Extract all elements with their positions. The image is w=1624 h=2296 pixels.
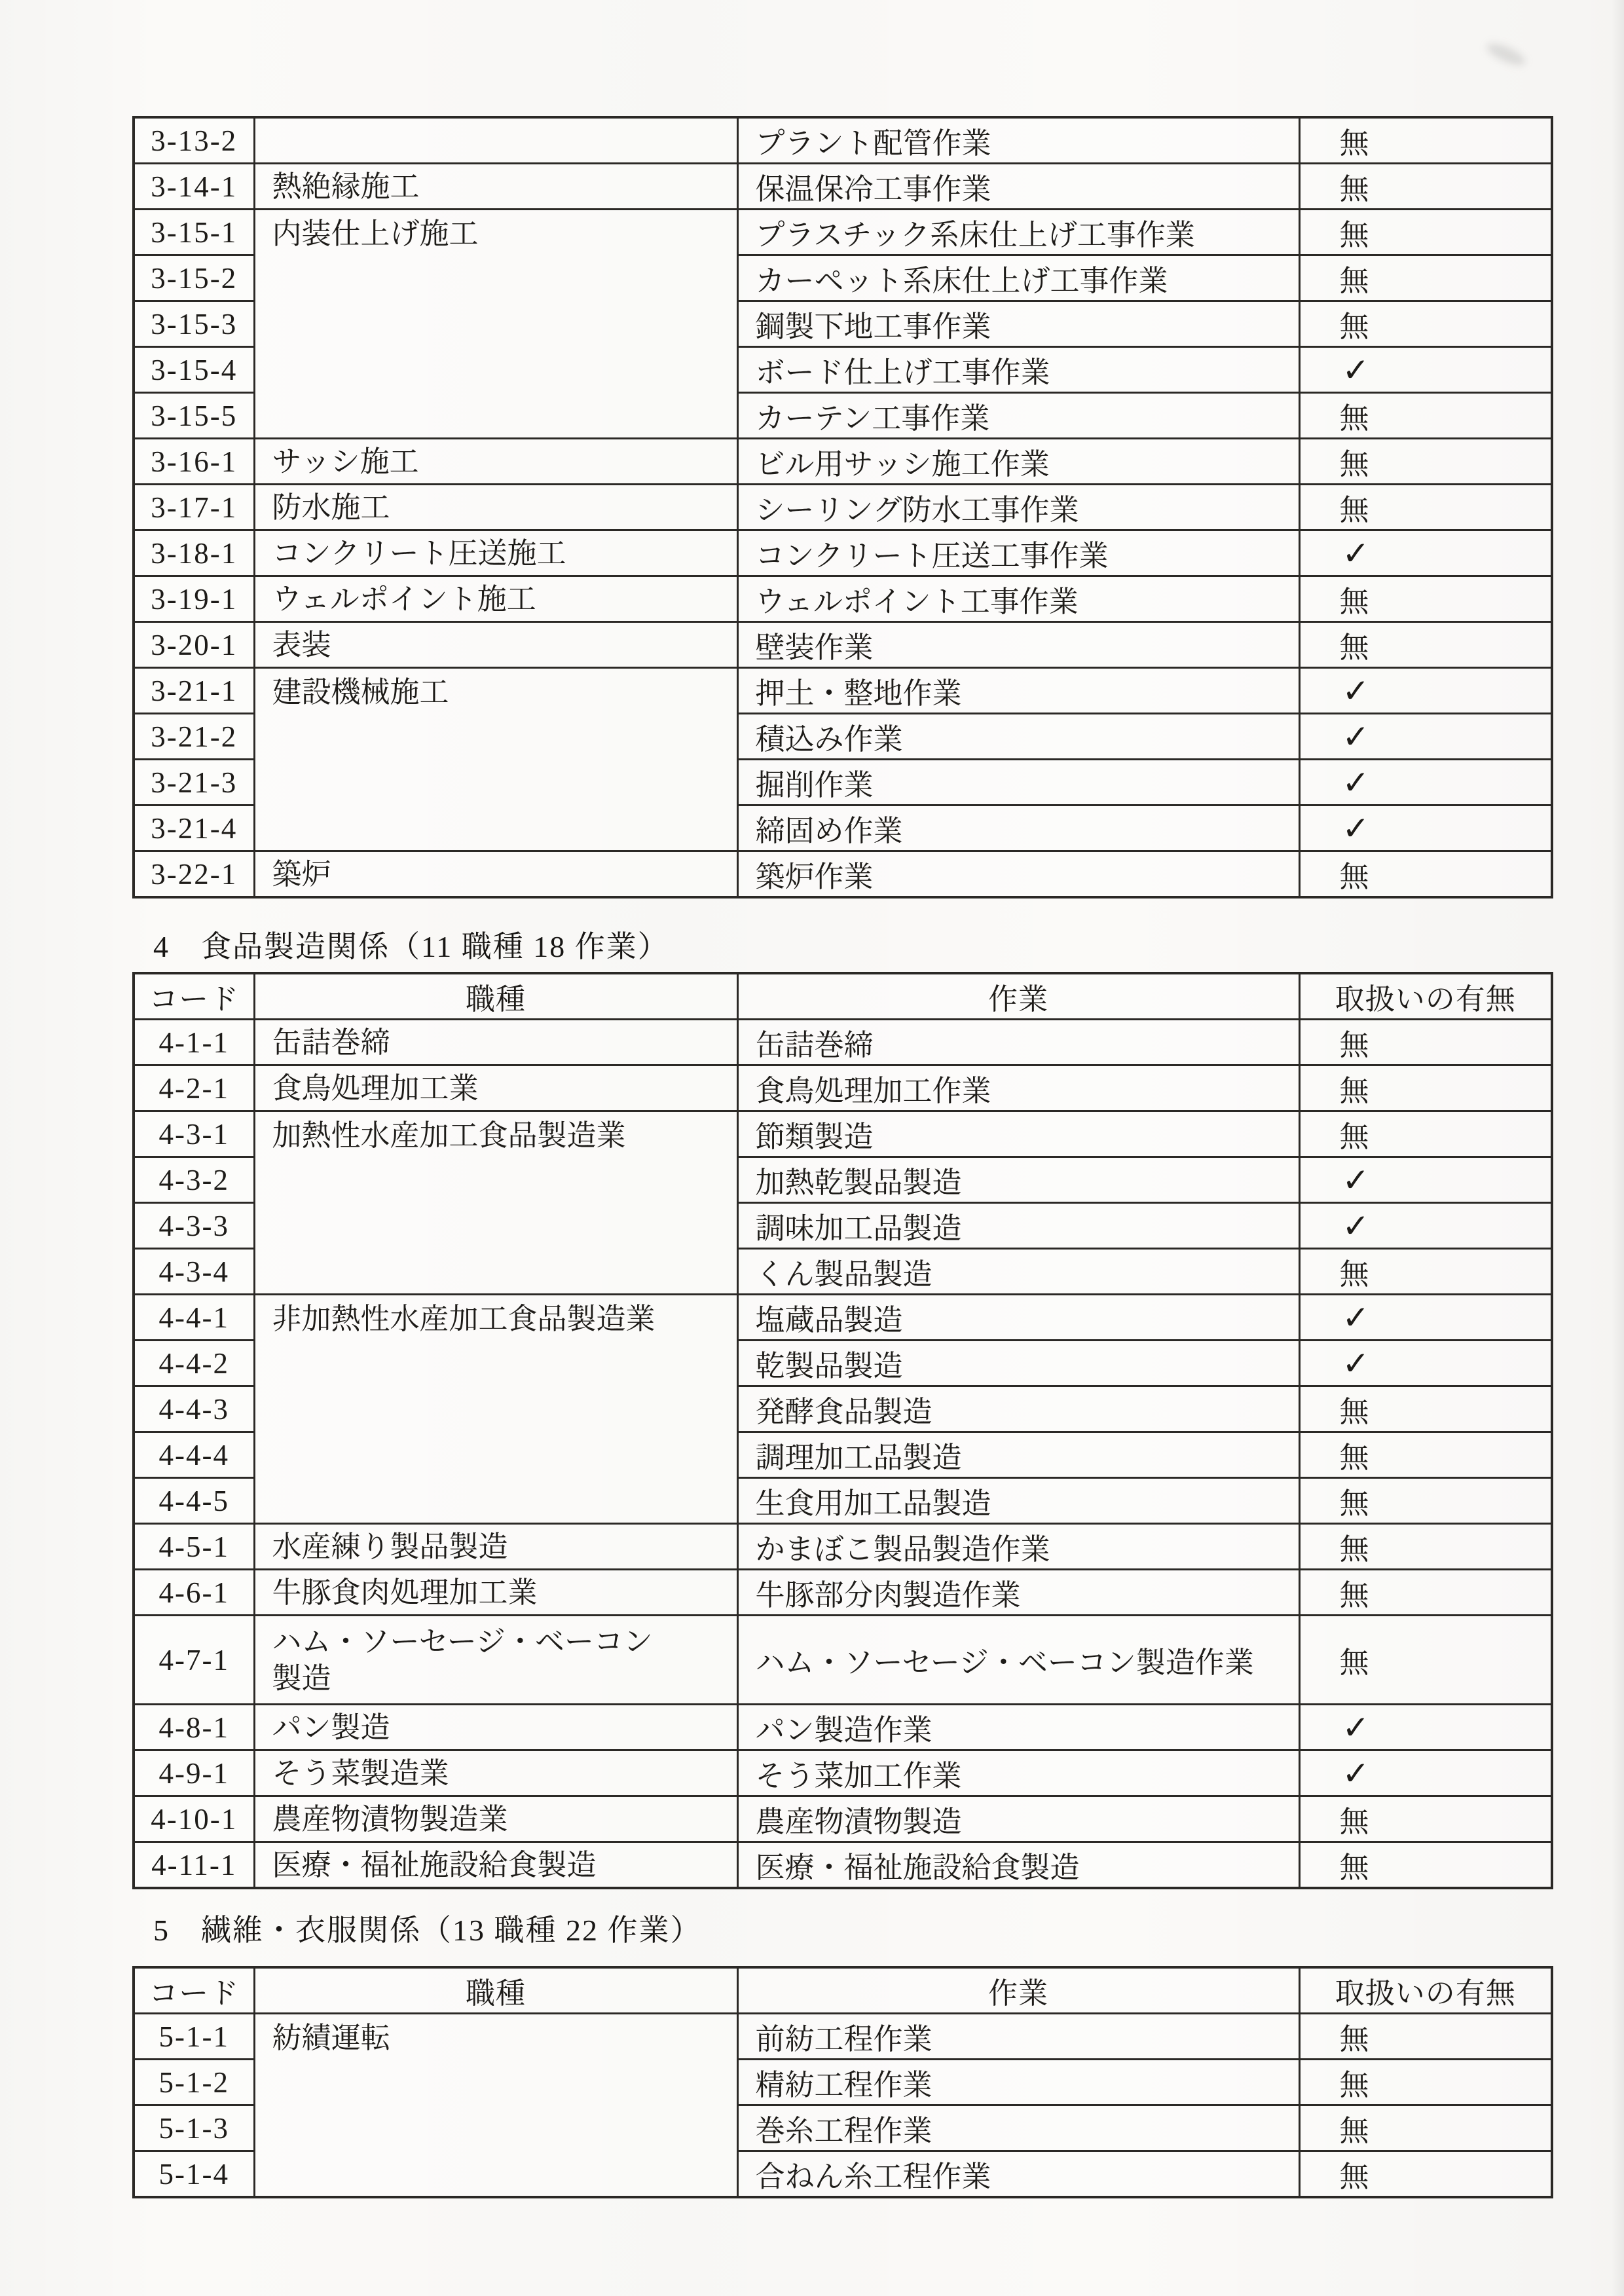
code-cell: 4-1-1 (134, 1020, 254, 1065)
availability-cell: 無 (1299, 1249, 1552, 1295)
occupation-cell: ハム・ソーセージ・ベーコン製造 (254, 1616, 737, 1705)
occupation-cell: 農産物漬物製造業 (254, 1796, 737, 1842)
work-cell: 加熱乾製品製造 (737, 1157, 1299, 1203)
code-cell: 4-11-1 (134, 1842, 254, 1889)
table-body: 5-1-1紡績運転前紡工程作業無5-1-2精紡工程作業無5-1-3巻糸工程作業無… (134, 2014, 1552, 2198)
code-cell: 5-1-2 (134, 2060, 254, 2105)
code-cell: 4-6-1 (134, 1570, 254, 1616)
work-cell: ビル用サッシ施工作業 (737, 439, 1299, 485)
occupation-cell: そう菜製造業 (254, 1750, 737, 1796)
occupation-cell (254, 117, 737, 164)
code-cell: 4-4-1 (134, 1295, 254, 1341)
occupation-cell: 非加熱性水産加工食品製造業 (254, 1295, 737, 1524)
availability-cell: 無 (1299, 117, 1552, 164)
work-cell: 医療・福祉施設給食製造 (737, 1842, 1299, 1889)
availability-cell: 無 (1299, 1842, 1552, 1889)
scanned-document-page: 3-13-2プラント配管作業無3-14-1熱絶縁施工保温保冷工事作業無3-15-… (0, 0, 1624, 2296)
occupation-cell: サッシ施工 (254, 439, 737, 485)
availability-cell: ✓ (1299, 1750, 1552, 1796)
work-cell: ボード仕上げ工事作業 (737, 347, 1299, 393)
availability-cell: 無 (1299, 576, 1552, 622)
code-cell: 3-21-4 (134, 805, 254, 851)
code-cell: 4-4-3 (134, 1386, 254, 1432)
work-cell: 乾製品製造 (737, 1341, 1299, 1386)
table-row: 4-4-1非加熱性水産加工食品製造業塩蔵品製造✓ (134, 1295, 1552, 1341)
table-row: 3-16-1サッシ施工ビル用サッシ施工作業無 (134, 439, 1552, 485)
column-header-work: 作業 (737, 973, 1299, 1020)
code-cell: 4-2-1 (134, 1065, 254, 1111)
work-cell: 鋼製下地工事作業 (737, 301, 1299, 347)
work-cell: 保温保冷工事作業 (737, 164, 1299, 210)
code-cell: 3-20-1 (134, 622, 254, 668)
work-cell: ハム・ソーセージ・ベーコン製造作業 (737, 1616, 1299, 1705)
column-header-code: コード (134, 1967, 254, 2014)
work-cell: プラント配管作業 (737, 117, 1299, 164)
column-header-code: コード (134, 973, 254, 1020)
availability-cell: ✓ (1299, 668, 1552, 714)
work-cell: 発酵食品製造 (737, 1386, 1299, 1432)
table-row: 4-5-1水産練り製品製造かまぼこ製品製造作業無 (134, 1524, 1552, 1570)
occupation-cell: 加熱性水産加工食品製造業 (254, 1111, 737, 1295)
section-textile-apparel: コード 職種 作業 取扱いの有無 5-1-1紡績運転前紡工程作業無5-1-2精紡… (132, 1966, 1553, 2198)
work-cell: 調味加工品製造 (737, 1203, 1299, 1249)
table-header: コード 職種 作業 取扱いの有無 (134, 973, 1552, 1020)
table-row: 4-10-1農産物漬物製造業農産物漬物製造無 (134, 1796, 1552, 1842)
availability-cell: 無 (1299, 439, 1552, 485)
code-cell: 4-4-4 (134, 1432, 254, 1478)
availability-cell: 無 (1299, 1478, 1552, 1524)
table-row: 4-1-1缶詰巻締缶詰巻締無 (134, 1020, 1552, 1065)
availability-cell: 無 (1299, 301, 1552, 347)
occupation-cell: 熱絶縁施工 (254, 164, 737, 210)
occupation-cell: パン製造 (254, 1705, 737, 1750)
work-cell: カーテン工事作業 (737, 393, 1299, 439)
code-cell: 3-15-3 (134, 301, 254, 347)
work-cell: 食鳥処理加工作業 (737, 1065, 1299, 1111)
code-cell: 3-21-2 (134, 714, 254, 760)
work-cell: 壁装作業 (737, 622, 1299, 668)
section-5-heading: 5 繊維・衣服関係（13 職種 22 作業） (153, 1911, 702, 1950)
availability-cell: ✓ (1299, 530, 1552, 576)
availability-cell: 無 (1299, 1524, 1552, 1570)
code-cell: 4-3-3 (134, 1203, 254, 1249)
code-cell: 3-13-2 (134, 117, 254, 164)
occupation-cell: 築炉 (254, 851, 737, 898)
work-cell: 農産物漬物製造 (737, 1796, 1299, 1842)
code-cell: 3-18-1 (134, 530, 254, 576)
table-row: 3-13-2プラント配管作業無 (134, 117, 1552, 164)
work-cell: 牛豚部分肉製造作業 (737, 1570, 1299, 1616)
table-row: 4-9-1そう菜製造業そう菜加工作業✓ (134, 1750, 1552, 1796)
availability-cell: 無 (1299, 1796, 1552, 1842)
table-row: 4-8-1パン製造パン製造作業✓ (134, 1705, 1552, 1750)
work-cell: くん製品製造 (737, 1249, 1299, 1295)
code-cell: 4-7-1 (134, 1616, 254, 1705)
availability-cell: ✓ (1299, 1705, 1552, 1750)
table-body: 4-1-1缶詰巻締缶詰巻締無4-2-1食鳥処理加工業食鳥処理加工作業無4-3-1… (134, 1020, 1552, 1889)
code-cell: 3-15-2 (134, 255, 254, 301)
availability-cell: 無 (1299, 2105, 1552, 2151)
jobs-table-textile-apparel: コード 職種 作業 取扱いの有無 5-1-1紡績運転前紡工程作業無5-1-2精紡… (132, 1966, 1553, 2198)
availability-cell: 無 (1299, 1065, 1552, 1111)
table-row: 3-22-1築炉築炉作業無 (134, 851, 1552, 898)
code-cell: 4-10-1 (134, 1796, 254, 1842)
work-cell: 締固め作業 (737, 805, 1299, 851)
availability-cell: 無 (1299, 1020, 1552, 1065)
work-cell: 巻糸工程作業 (737, 2105, 1299, 2151)
code-cell: 3-21-3 (134, 760, 254, 805)
table-row: 4-3-1加熱性水産加工食品製造業節類製造無 (134, 1111, 1552, 1157)
table-row: 4-2-1食鳥処理加工業食鳥処理加工作業無 (134, 1065, 1552, 1111)
code-cell: 4-8-1 (134, 1705, 254, 1750)
availability-cell: 無 (1299, 1386, 1552, 1432)
availability-cell: ✓ (1299, 347, 1552, 393)
code-cell: 3-15-5 (134, 393, 254, 439)
availability-cell: 無 (1299, 622, 1552, 668)
code-cell: 5-1-1 (134, 2014, 254, 2060)
work-cell: カーペット系床仕上げ工事作業 (737, 255, 1299, 301)
section-food-manufacturing: コード 職種 作業 取扱いの有無 4-1-1缶詰巻締缶詰巻締無4-2-1食鳥処理… (132, 972, 1553, 1889)
availability-cell: 無 (1299, 1111, 1552, 1157)
column-header-availability: 取扱いの有無 (1299, 973, 1552, 1020)
code-cell: 4-3-2 (134, 1157, 254, 1203)
work-cell: パン製造作業 (737, 1705, 1299, 1750)
code-cell: 3-19-1 (134, 576, 254, 622)
availability-cell: 無 (1299, 1616, 1552, 1705)
occupation-cell: 缶詰巻締 (254, 1020, 737, 1065)
table-row: 3-14-1熱絶縁施工保温保冷工事作業無 (134, 164, 1552, 210)
availability-cell: 無 (1299, 393, 1552, 439)
work-cell: コンクリート圧送工事作業 (737, 530, 1299, 576)
availability-cell: 無 (1299, 851, 1552, 898)
table-body: 3-13-2プラント配管作業無3-14-1熱絶縁施工保温保冷工事作業無3-15-… (134, 117, 1552, 897)
occupation-cell: 食鳥処理加工業 (254, 1065, 737, 1111)
work-cell: 押土・整地作業 (737, 668, 1299, 714)
code-cell: 5-1-4 (134, 2151, 254, 2198)
availability-cell: ✓ (1299, 805, 1552, 851)
code-cell: 3-15-4 (134, 347, 254, 393)
availability-cell: 無 (1299, 1432, 1552, 1478)
occupation-cell: コンクリート圧送施工 (254, 530, 737, 576)
code-cell: 4-4-2 (134, 1341, 254, 1386)
occupation-cell: 医療・福祉施設給食製造 (254, 1842, 737, 1889)
occupation-cell: 水産練り製品製造 (254, 1524, 737, 1570)
availability-cell: ✓ (1299, 1341, 1552, 1386)
table-row: 5-1-1紡績運転前紡工程作業無 (134, 2014, 1552, 2060)
occupation-cell: 防水施工 (254, 485, 737, 530)
table-row: 3-19-1ウェルポイント施工ウェルポイント工事作業無 (134, 576, 1552, 622)
work-cell: シーリング防水工事作業 (737, 485, 1299, 530)
header-row: コード 職種 作業 取扱いの有無 (134, 1967, 1552, 2014)
work-cell: 合ねん糸工程作業 (737, 2151, 1299, 2198)
occupation-cell: 表装 (254, 622, 737, 668)
availability-cell: 無 (1299, 2151, 1552, 2198)
availability-cell: 無 (1299, 210, 1552, 255)
column-header-occupation: 職種 (254, 1967, 737, 2014)
work-cell: 前紡工程作業 (737, 2014, 1299, 2060)
work-cell: 掘削作業 (737, 760, 1299, 805)
availability-cell: 無 (1299, 2060, 1552, 2105)
code-cell: 3-15-1 (134, 210, 254, 255)
section-construction-continued: 3-13-2プラント配管作業無3-14-1熱絶縁施工保温保冷工事作業無3-15-… (132, 116, 1553, 898)
occupation-cell: ウェルポイント施工 (254, 576, 737, 622)
availability-cell: 無 (1299, 1570, 1552, 1616)
code-cell: 4-3-4 (134, 1249, 254, 1295)
code-cell: 5-1-3 (134, 2105, 254, 2151)
availability-cell: ✓ (1299, 1203, 1552, 1249)
work-cell: ウェルポイント工事作業 (737, 576, 1299, 622)
code-cell: 4-9-1 (134, 1750, 254, 1796)
availability-cell: 無 (1299, 255, 1552, 301)
jobs-table-food-manufacturing: コード 職種 作業 取扱いの有無 4-1-1缶詰巻締缶詰巻締無4-2-1食鳥処理… (132, 972, 1553, 1889)
occupation-cell: 紡績運転 (254, 2014, 737, 2198)
work-cell: プラスチック系床仕上げ工事作業 (737, 210, 1299, 255)
work-cell: 節類製造 (737, 1111, 1299, 1157)
code-cell: 4-4-5 (134, 1478, 254, 1524)
code-cell: 3-21-1 (134, 668, 254, 714)
occupation-cell: 内装仕上げ施工 (254, 210, 737, 439)
code-cell: 4-5-1 (134, 1524, 254, 1570)
work-cell: かまぼこ製品製造作業 (737, 1524, 1299, 1570)
code-cell: 3-17-1 (134, 485, 254, 530)
work-cell: 築炉作業 (737, 851, 1299, 898)
table-row: 3-15-1内装仕上げ施工プラスチック系床仕上げ工事作業無 (134, 210, 1552, 255)
scan-edge-shadow (1611, 0, 1624, 2296)
work-cell: 缶詰巻締 (737, 1020, 1299, 1065)
work-cell: 調理加工品製造 (737, 1432, 1299, 1478)
code-cell: 3-14-1 (134, 164, 254, 210)
availability-cell: 無 (1299, 485, 1552, 530)
occupation-cell: 建設機械施工 (254, 668, 737, 851)
work-cell: 生食用加工品製造 (737, 1478, 1299, 1524)
availability-cell: 無 (1299, 164, 1552, 210)
availability-cell: ✓ (1299, 714, 1552, 760)
table-row: 4-6-1牛豚食肉処理加工業牛豚部分肉製造作業無 (134, 1570, 1552, 1616)
column-header-work: 作業 (737, 1967, 1299, 2014)
work-cell: 塩蔵品製造 (737, 1295, 1299, 1341)
availability-cell: ✓ (1299, 1157, 1552, 1203)
code-cell: 3-22-1 (134, 851, 254, 898)
table-header: コード 職種 作業 取扱いの有無 (134, 1967, 1552, 2014)
table-row: 3-21-1建設機械施工押土・整地作業✓ (134, 668, 1552, 714)
header-row: コード 職種 作業 取扱いの有無 (134, 973, 1552, 1020)
work-cell: 精紡工程作業 (737, 2060, 1299, 2105)
code-cell: 4-3-1 (134, 1111, 254, 1157)
table-row: 4-11-1医療・福祉施設給食製造医療・福祉施設給食製造無 (134, 1842, 1552, 1889)
jobs-table-construction-continued: 3-13-2プラント配管作業無3-14-1熱絶縁施工保温保冷工事作業無3-15-… (132, 116, 1553, 898)
table-row: 3-20-1表装壁装作業無 (134, 622, 1552, 668)
code-cell: 3-16-1 (134, 439, 254, 485)
scan-smudge-artifact (1484, 39, 1528, 69)
availability-cell: ✓ (1299, 760, 1552, 805)
work-cell: 積込み作業 (737, 714, 1299, 760)
table-row: 3-17-1防水施工シーリング防水工事作業無 (134, 485, 1552, 530)
column-header-occupation: 職種 (254, 973, 737, 1020)
section-4-heading: 4 食品製造関係（11 職種 18 作業） (153, 927, 669, 967)
table-row: 4-7-1ハム・ソーセージ・ベーコン製造ハム・ソーセージ・ベーコン製造作業無 (134, 1616, 1552, 1705)
availability-cell: 無 (1299, 2014, 1552, 2060)
table-row: 3-18-1コンクリート圧送施工コンクリート圧送工事作業✓ (134, 530, 1552, 576)
availability-cell: ✓ (1299, 1295, 1552, 1341)
column-header-availability: 取扱いの有無 (1299, 1967, 1552, 2014)
occupation-cell: 牛豚食肉処理加工業 (254, 1570, 737, 1616)
work-cell: そう菜加工作業 (737, 1750, 1299, 1796)
